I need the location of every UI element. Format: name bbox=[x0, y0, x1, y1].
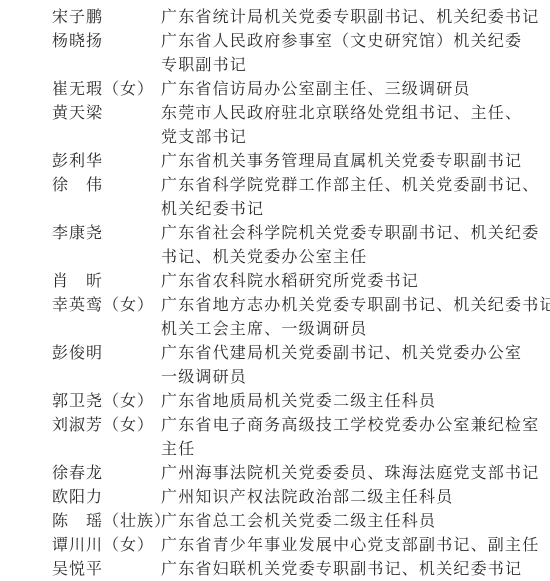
list-item: 吴悦平 广东省妇联机关党委专职副书记、机关纪委书记 bbox=[0, 557, 550, 581]
person-title: 广东省人民政府参事室（文史研究馆）机关纪委 专职副书记 bbox=[161, 29, 501, 77]
list-item: 谭川川（女） 广东省青少年事业发展中心党支部副书记、副主任 bbox=[0, 533, 550, 557]
list-item: 杨晓扬 广东省人民政府参事室（文史研究馆）机关纪委 专职副书记 bbox=[0, 29, 550, 77]
person-name: 徐春龙 bbox=[52, 461, 161, 485]
person-title: 广州知识产权法院政治部二级主任科员 bbox=[161, 485, 501, 509]
person-name: 彭利华 bbox=[52, 149, 161, 173]
person-name: 黄天梁 bbox=[52, 101, 161, 149]
list-item: 欧阳力 广州知识产权法院政治部二级主任科员 bbox=[0, 485, 550, 509]
person-title: 广东省地方志办机关党委专职副书记、机关纪委书记、 机关工会主席、一级调研员 bbox=[161, 293, 501, 341]
list-item: 崔无瑕（女） 广东省信访局办公室副主任、三级调研员 bbox=[0, 77, 550, 101]
person-title: 广东省地质局机关党委二级主任科员 bbox=[161, 389, 501, 413]
person-title: 广东省电子商务高级技工学校党委办公室兼纪检室 主任 bbox=[161, 413, 501, 461]
title-line: 广州海事法院机关党委委员、珠海法庭党支部书记 bbox=[161, 461, 501, 485]
person-name: 吴悦平 bbox=[52, 557, 161, 581]
title-line: 机关工会主席、一级调研员 bbox=[161, 317, 501, 341]
list-item: 肖 昕 广东省农科院水稻研究所党委书记 bbox=[0, 269, 550, 293]
title-line: 广东省总工会机关党委二级主任科员 bbox=[161, 509, 501, 533]
person-title: 广东省科学院党群工作部主任、机关党委副书记、 机关纪委书记 bbox=[161, 173, 501, 221]
name-list: 宋子鹏 广东省统计局机关党委专职副书记、机关纪委书记 杨晓扬 广东省人民政府参事… bbox=[0, 5, 550, 581]
person-name: 宋子鹏 bbox=[52, 5, 161, 29]
person-name: 李康尧 bbox=[52, 221, 161, 269]
title-line: 广东省青少年事业发展中心党支部副书记、副主任 bbox=[161, 533, 501, 557]
list-item: 徐春龙 广州海事法院机关党委委员、珠海法庭党支部书记 bbox=[0, 461, 550, 485]
person-name: 杨晓扬 bbox=[52, 29, 161, 77]
person-name: 刘淑芳（女） bbox=[52, 413, 161, 461]
list-item: 郭卫尧（女） 广东省地质局机关党委二级主任科员 bbox=[0, 389, 550, 413]
person-title: 广东省妇联机关党委专职副书记、机关纪委书记 bbox=[161, 557, 501, 581]
person-title: 广东省社会科学院机关党委专职副书记、机关纪委 书记、机关党委办公室主任 bbox=[161, 221, 501, 269]
person-title: 广东省青少年事业发展中心党支部副书记、副主任 bbox=[161, 533, 501, 557]
title-line: 广东省代建局机关党委副书记、机关党委办公室 bbox=[161, 341, 501, 365]
person-name: 彭俊明 bbox=[52, 341, 161, 389]
title-line: 广东省人民政府参事室（文史研究馆）机关纪委 bbox=[161, 29, 501, 53]
title-line: 广东省电子商务高级技工学校党委办公室兼纪检室 bbox=[161, 413, 501, 437]
person-name: 郭卫尧（女） bbox=[52, 389, 161, 413]
title-line: 一级调研员 bbox=[161, 365, 501, 389]
person-title: 广东省农科院水稻研究所党委书记 bbox=[161, 269, 501, 293]
person-name: 谭川川（女） bbox=[52, 533, 161, 557]
title-line: 广东省农科院水稻研究所党委书记 bbox=[161, 269, 501, 293]
title-line: 机关纪委书记 bbox=[161, 197, 501, 221]
list-item: 刘淑芳（女） 广东省电子商务高级技工学校党委办公室兼纪检室 主任 bbox=[0, 413, 550, 461]
title-line: 广东省妇联机关党委专职副书记、机关纪委书记 bbox=[161, 557, 501, 581]
list-item: 徐 伟 广东省科学院党群工作部主任、机关党委副书记、 机关纪委书记 bbox=[0, 173, 550, 221]
list-item: 幸英鸾（女） 广东省地方志办机关党委专职副书记、机关纪委书记、 机关工会主席、一… bbox=[0, 293, 550, 341]
title-line: 广东省地质局机关党委二级主任科员 bbox=[161, 389, 501, 413]
person-title: 广州海事法院机关党委委员、珠海法庭党支部书记 bbox=[161, 461, 501, 485]
person-name: 徐 伟 bbox=[52, 173, 161, 221]
title-line: 广东省地方志办机关党委专职副书记、机关纪委书记、 bbox=[161, 293, 501, 317]
title-line: 广东省科学院党群工作部主任、机关党委副书记、 bbox=[161, 173, 501, 197]
person-title: 广东省总工会机关党委二级主任科员 bbox=[161, 509, 501, 533]
person-name: 陈 瑶（壮族） bbox=[52, 509, 161, 533]
title-line: 书记、机关党委办公室主任 bbox=[161, 245, 501, 269]
list-item: 陈 瑶（壮族） 广东省总工会机关党委二级主任科员 bbox=[0, 509, 550, 533]
title-line: 广东省信访局办公室副主任、三级调研员 bbox=[161, 77, 501, 101]
list-item: 李康尧 广东省社会科学院机关党委专职副书记、机关纪委 书记、机关党委办公室主任 bbox=[0, 221, 550, 269]
person-title: 广东省代建局机关党委副书记、机关党委办公室 一级调研员 bbox=[161, 341, 501, 389]
person-name: 欧阳力 bbox=[52, 485, 161, 509]
person-title: 广东省信访局办公室副主任、三级调研员 bbox=[161, 77, 501, 101]
person-name: 肖 昕 bbox=[52, 269, 161, 293]
title-line: 广东省统计局机关党委专职副书记、机关纪委书记 bbox=[161, 5, 501, 29]
list-item: 彭俊明 广东省代建局机关党委副书记、机关党委办公室 一级调研员 bbox=[0, 341, 550, 389]
list-item: 彭利华 广东省机关事务管理局直属机关党委专职副书记 bbox=[0, 149, 550, 173]
list-item: 黄天梁 东莞市人民政府驻北京联络处党组书记、主任、 党支部书记 bbox=[0, 101, 550, 149]
title-line: 广东省社会科学院机关党委专职副书记、机关纪委 bbox=[161, 221, 501, 245]
title-line: 东莞市人民政府驻北京联络处党组书记、主任、 bbox=[161, 101, 501, 125]
list-item: 宋子鹏 广东省统计局机关党委专职副书记、机关纪委书记 bbox=[0, 5, 550, 29]
title-line: 主任 bbox=[161, 437, 501, 461]
person-name: 幸英鸾（女） bbox=[52, 293, 161, 341]
title-line: 广州知识产权法院政治部二级主任科员 bbox=[161, 485, 501, 509]
person-title: 广东省统计局机关党委专职副书记、机关纪委书记 bbox=[161, 5, 501, 29]
title-line: 广东省机关事务管理局直属机关党委专职副书记 bbox=[161, 149, 501, 173]
title-line: 党支部书记 bbox=[161, 125, 501, 149]
person-title: 广东省机关事务管理局直属机关党委专职副书记 bbox=[161, 149, 501, 173]
person-name: 崔无瑕（女） bbox=[52, 77, 161, 101]
person-title: 东莞市人民政府驻北京联络处党组书记、主任、 党支部书记 bbox=[161, 101, 501, 149]
title-line: 专职副书记 bbox=[161, 53, 501, 77]
